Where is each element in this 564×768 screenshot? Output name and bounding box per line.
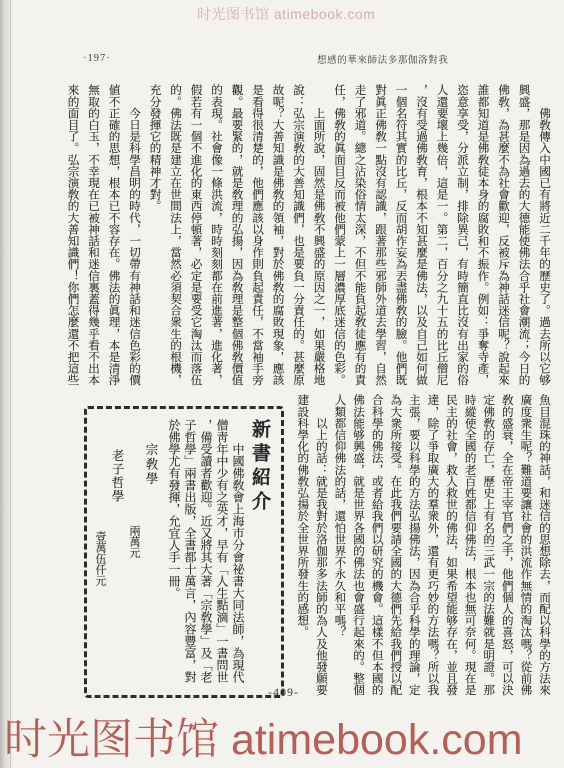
book-item-name: 老子哲學 (108, 449, 126, 685)
new-book-ad-description: 中國佛敎會上海市分會祕書大同法師，為現代僧靑年中少有之英才，早有「人生點滴」一書… (166, 419, 246, 685)
article-paragraph: 今日是科學昌明的時代，一切帶有神話和迷信色彩的價値不正確的思想，根本已不容存在。… (62, 84, 144, 390)
watermark-top: 时光图书馆 atimebook.com (197, 4, 375, 24)
article-paragraph: 上面所說，固然是佛敎不興盛的原因之一，如果嚴格地說：弘宗演敎的大善知識們，也是要… (144, 84, 329, 390)
book-item-price: 壹萬伍仟元 (95, 531, 108, 685)
scanned-book-page: 时光图书馆 atimebook.com ·197· 想感的華來師法多那伽洛對我 … (0, 0, 564, 768)
new-book-price-list: 宗敎學 兩萬元 老子哲學 壹萬伍仟元 本社代售 (95, 419, 160, 685)
book-item-name: 宗敎學 (142, 443, 160, 685)
new-book-ad-box: 新書紹介 中國佛敎會上海市分會祕書大同法師，為現代僧靑年中少有之英才，早有「人生… (84, 406, 284, 698)
issue-number: ·197· (83, 53, 111, 64)
article-paragraph: 以上的話：就是我對於洛伽那多法師的為人及他發願要建設科學化的佛敎弘揚於全世界所發… (293, 394, 330, 700)
book-item-price: 兩萬元 (126, 525, 142, 685)
article-lower-block: 魚目混珠的神話，和迷信的思想除去，而配以科學的方法來廣度衆生呢？難道要讓社會的洪… (293, 394, 553, 700)
article-upper-block: 佛敎傳入中國已有將近二千年的歷史了。過去所以它够興盛，那是因為過去的大德能使佛法… (62, 84, 554, 390)
article-paragraph: 魚目混珠的神話，和迷信的思想除去，而配以科學的方法來廣度衆生呢？難道要讓社會的洪… (330, 394, 553, 700)
watermark-bottom: 时光图书馆 atimebook.com (4, 706, 564, 767)
new-book-ad-content: 新書紹介 中國佛敎會上海市分會祕書大同法師，為現代僧靑年中少有之英才，早有「人生… (95, 419, 273, 685)
article-paragraph: 佛敎傳入中國已有將近二千年的歷史了。過去所以它够興盛，那是因為過去的大德能使佛法… (329, 84, 555, 390)
new-book-ad-title: 新書紹介 (246, 419, 273, 685)
page-number: -409- (268, 685, 299, 700)
scan-gutter-edge (0, 0, 14, 768)
scan-edge-line (10, 0, 11, 768)
running-title: 想感的華來師法多那伽洛對我 (317, 52, 427, 66)
